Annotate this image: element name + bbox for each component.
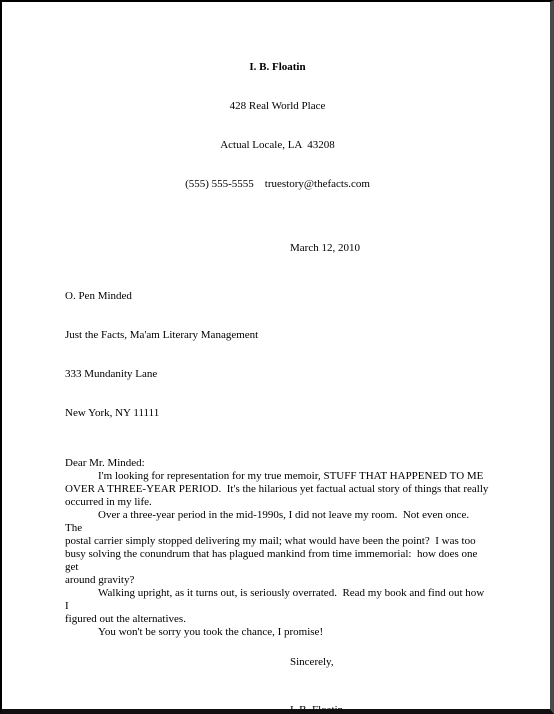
recipient-street-address: 333 Mundanity Lane — [65, 368, 490, 381]
body-paragraph-4: You won't be sorry you took the chance, … — [65, 626, 490, 639]
sender-header-block: I. B. Floatin 428 Real World Place Actua… — [65, 35, 490, 217]
body-paragraph-2: Over a three-year period in the mid-1990… — [65, 509, 490, 587]
body-paragraph-1: I'm looking for representation for my tr… — [65, 470, 490, 509]
recipient-city-state-zip: New York, NY 11111 — [65, 407, 490, 420]
complimentary-closing: Sincerely, — [290, 656, 490, 669]
sender-phone-email: (555) 555-5555 truestory@thefacts.com — [65, 178, 490, 191]
sender-street-address: 428 Real World Place — [65, 100, 490, 113]
signature-name: I. B. Floatin — [290, 704, 490, 714]
sender-city-state-zip: Actual Locale, LA 43208 — [65, 139, 490, 152]
recipient-name: O. Pen Minded — [65, 290, 490, 303]
letter-page: I. B. Floatin 428 Real World Place Actua… — [0, 0, 554, 714]
letter-content: I. B. Floatin 428 Real World Place Actua… — [2, 2, 550, 714]
date-line: March 12, 2010 — [290, 242, 490, 255]
recipient-address-block: O. Pen Minded Just the Facts, Ma'am Lite… — [65, 264, 490, 446]
recipient-company: Just the Facts, Ma'am Literary Managemen… — [65, 329, 490, 342]
body-paragraph-3: Walking upright, as it turns out, is ser… — [65, 587, 490, 626]
salutation: Dear Mr. Minded: — [65, 457, 490, 470]
sender-name: I. B. Floatin — [65, 61, 490, 74]
